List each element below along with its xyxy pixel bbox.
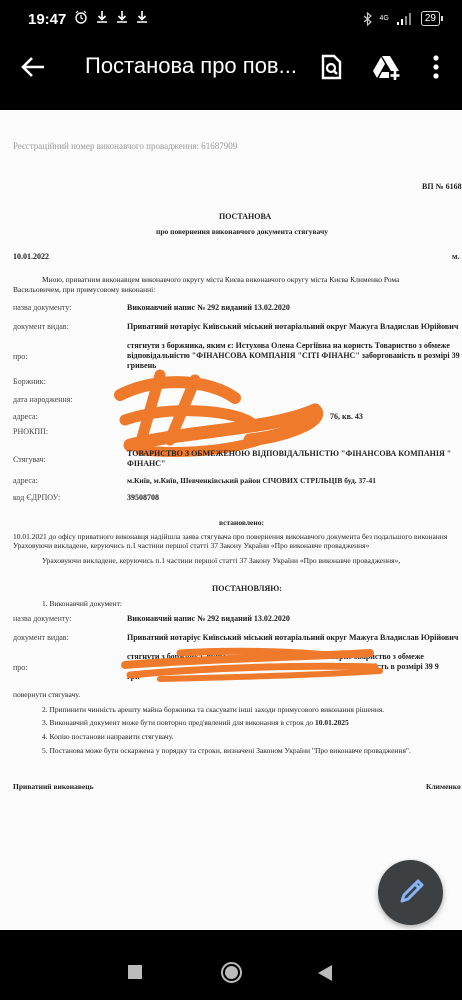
edit-pencil-icon [378,860,443,925]
item-3-date: 10.01.2025 [315,718,349,727]
document-subheading: про повернення виконавчого документа стя… [156,227,328,236]
battery-indicator: 29 [421,11,440,26]
signal-icon [397,13,413,25]
item1-doc-name-value: Виконавчий напис № 292 виданий 13.02.202… [127,614,290,623]
status-bar: 19:47 4G 29 [0,0,462,40]
creditor-line-2: ФІНАНС" [127,459,165,468]
creditor-line-1: ТОВАРИСТВО З ОБМЕЖЕНОЮ ВІДПОВІДАЛЬНІСТЮ … [127,449,451,458]
resolve-heading: ПОСТАНОВЛЯЮ: [212,584,282,593]
document-city: м. [452,252,459,261]
notification-icons [74,10,148,24]
intro-line-2: Васильовичем, при примусовому виконанні: [13,285,155,294]
item-1: 1. Виконавчий документ: [42,599,122,608]
edrpou-value: 39508708 [127,493,159,502]
alarm-icon [74,10,88,24]
item1-issued-by-value: Приватний нотаріус Київський міський нот… [127,633,458,642]
system-back-button[interactable] [318,965,332,981]
find-in-document-icon[interactable] [316,52,346,82]
creditor-label: Стягувач: [13,455,46,464]
download-icon [116,10,128,24]
redaction-scribble [120,645,390,685]
redaction-scribble [100,360,340,460]
signature-name: Клименко [426,782,461,791]
about-label: про: [13,352,28,361]
home-button[interactable] [221,962,242,983]
edit-fab-button[interactable] [378,860,443,925]
more-vert-icon[interactable] [422,52,452,82]
bluetooth-icon [363,12,372,26]
about-line-1: стягнути з боржника, яким є: Истухова Ол… [127,341,450,350]
intro-line-1: Мною, приватним виконавцем виконавчого о… [42,275,399,284]
item1-doc-name-label: назва документу: [13,614,71,623]
about-line-2: відповідальністю "ФІНАНСОВА КОМПАНІЯ "СІ… [127,351,462,360]
return-text: повернути стягувачу. [13,690,80,699]
creditor-address-label: адреса: [13,476,38,485]
recents-button[interactable] [128,965,142,979]
navigation-bar [0,930,462,1000]
signature-label: Приватний виконавець [13,782,94,791]
established-heading: встановлено: [219,518,264,527]
add-to-drive-icon[interactable] [371,52,401,82]
rnokpp-label: РНОКПП: [13,427,48,436]
document-title: Постанова про пов... [85,53,297,79]
system-icons: 4G 29 [363,11,440,26]
address-label: адреса: [13,412,38,421]
established-line-2: Ураховуючи викладене, керуючись п.1 част… [13,541,369,550]
download-icon [136,10,148,24]
item-2: 2. Припинити чинність арешту майна боржн… [42,705,384,714]
item1-issued-by-label: документ видав: [13,633,69,642]
app-bar: Постанова про пов... [0,40,462,96]
download-icon [96,10,108,24]
established-line-1: 10.01.2021 до офісу приватного виконавця… [13,532,447,541]
document-date: 10.01.2022 [13,252,49,261]
item-3-text: 3. Виконавчий документ може бути повторн… [42,718,315,727]
item-3: 3. Виконавчий документ може бути повторн… [42,718,349,727]
network-type: 4G [380,15,389,22]
dob-label: дата народження: [13,395,73,404]
clock: 19:47 [28,11,66,28]
item-4: 4. Копію постанови направити стягувачу. [42,732,174,741]
issued-by-label: документ видав: [13,322,69,331]
edrpou-label: код ЄДРПОУ: [13,493,60,502]
item1-about-label: про: [13,663,28,672]
pdf-page[interactable]: Реєстраційний номер виконавчого провадже… [0,110,462,930]
item-5: 5. Постанова може бути оскаржена у поряд… [42,746,411,755]
established-line-3: Ураховуючи викладене, керуючись п.1 част… [42,556,400,565]
document-heading: ПОСТАНОВА [219,212,271,221]
issued-by-value: Приватний нотаріус Київський міський нот… [127,322,458,331]
creditor-address-value: м.Київ, м.Київ, Шевченківський район СІЧ… [127,476,376,485]
doc-name-value: Виконавчий напис № 292 виданий 13.02.202… [127,303,290,312]
debtor-label: Боржник: [13,377,46,386]
registration-number: Реєстраційний номер виконавчого провадже… [13,141,237,151]
doc-name-label: назва документу: [13,303,71,312]
vp-number: ВП № 6168 [422,182,462,191]
back-arrow-icon[interactable] [18,52,48,82]
